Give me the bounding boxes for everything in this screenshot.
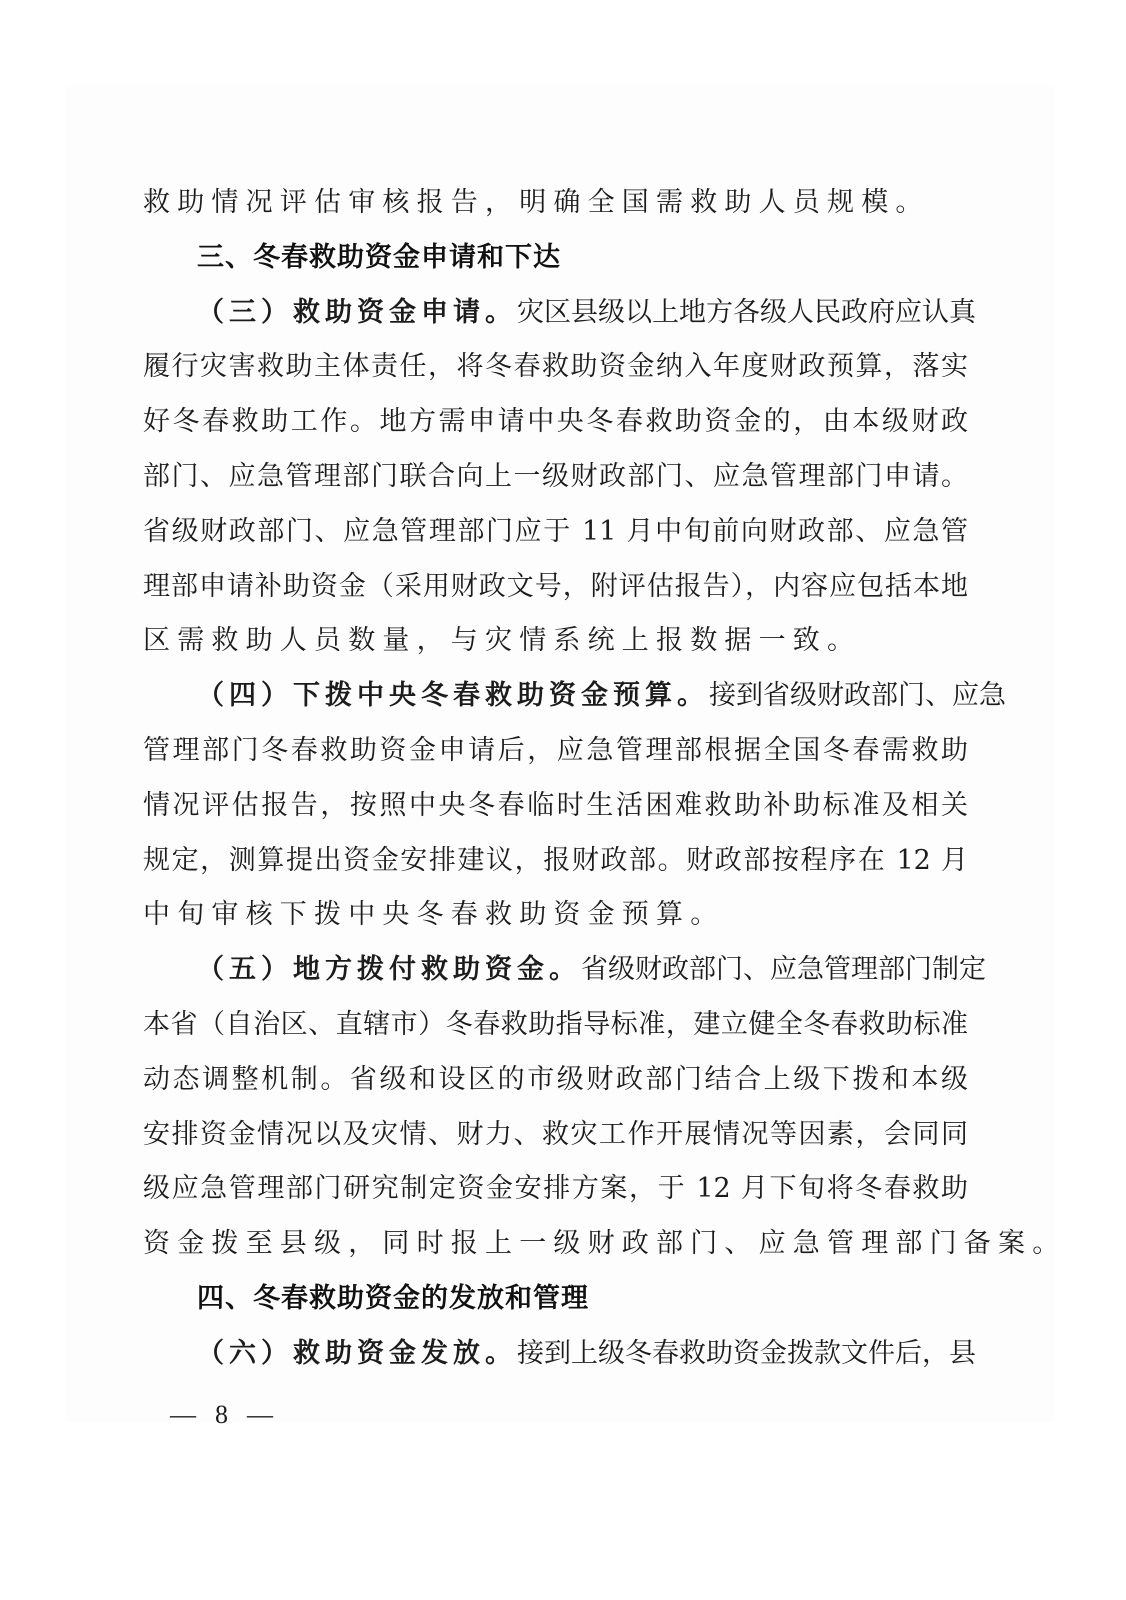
text-line: 本省（自治区、直辖市）冬春救助指导标准，建立健全冬春救助标准: [143, 998, 968, 1053]
text-line: 区需救助人员数量，与灾情系统上报数据一致。: [143, 614, 968, 669]
text-line: 履行灾害救助主体责任，将冬春救助资金纳入年度财政预算，落实: [143, 340, 968, 395]
paragraph-text: 接到省级财政部门、应急: [709, 680, 1006, 711]
text-line: 管理部门冬春救助资金申请后，应急管理部根据全国冬春需救助: [143, 724, 968, 779]
paragraph-3-start: （三）救助资金申请。灾区县级以上地方各级人民政府应认真: [143, 286, 968, 341]
text-line: 理部申请补助资金（采用财政文号，附评估报告），内容应包括本地: [143, 560, 968, 615]
text-line: 规定，测算提出资金安排建议，报财政部。财政部按程序在 12 月: [143, 834, 968, 889]
paragraph-6-start: （六）救助资金发放。接到上级冬春救助资金拨款文件后，县: [143, 1327, 968, 1382]
paragraph-4-start: （四）下拨中央冬春救助资金预算。接到省级财政部门、应急: [143, 669, 968, 724]
text-line: 部门、应急管理部门联合向上一级财政部门、应急管理部门申请。: [143, 450, 968, 505]
paragraph-text: 灾区县级以上地方各级人民政府应认真: [517, 297, 976, 328]
paragraph-text: 接到上级冬春救助资金拨款文件后，县: [517, 1338, 976, 1369]
text-line: 安排资金情况以及灾情、财力、救灾工作开展情况等因素，会同同: [143, 1108, 968, 1163]
paragraph-lead: （六）救助资金发放。: [197, 1338, 517, 1369]
paragraph-5-start: （五）地方拨付救助资金。省级财政部门、应急管理部门制定: [143, 943, 968, 998]
paragraph-text: 省级财政部门、应急管理部门制定: [581, 954, 986, 985]
text-line: 省级财政部门、应急管理部门应于 11 月中旬前向财政部、应急管: [143, 505, 968, 560]
paragraph-lead: （四）下拨中央冬春救助资金预算。: [197, 680, 709, 711]
document-body: 救助情况评估审核报告，明确全国需救助人员规模。 三、冬春救助资金申请和下达 （三…: [143, 176, 968, 1382]
paragraph-lead: （三）救助资金申请。: [197, 297, 517, 328]
text-line: 中旬审核下拨中央冬春救助资金预算。: [143, 888, 968, 943]
text-line: 资金拨至县级，同时报上一级财政部门、应急管理部门备案。: [143, 1217, 968, 1272]
section-heading-4: 四、冬春救助资金的发放和管理: [143, 1272, 968, 1327]
text-line: 好冬春救助工作。地方需申请中央冬春救助资金的，由本级财政: [143, 395, 968, 450]
text-line: 动态调整机制。省级和设区的市级财政部门结合上级下拨和本级: [143, 1053, 968, 1108]
section-heading-3: 三、冬春救助资金申请和下达: [143, 231, 968, 286]
paragraph-lead: （五）地方拨付救助资金。: [197, 954, 581, 985]
text-line: 救助情况评估审核报告，明确全国需救助人员规模。: [143, 176, 968, 231]
page-number: — 8 —: [170, 1400, 275, 1430]
text-line: 情况评估报告，按照中央冬春临时生活困难救助补助标准及相关: [143, 779, 968, 834]
text-line: 级应急管理部门研究制定资金安排方案，于 12 月下旬将冬春救助: [143, 1162, 968, 1217]
